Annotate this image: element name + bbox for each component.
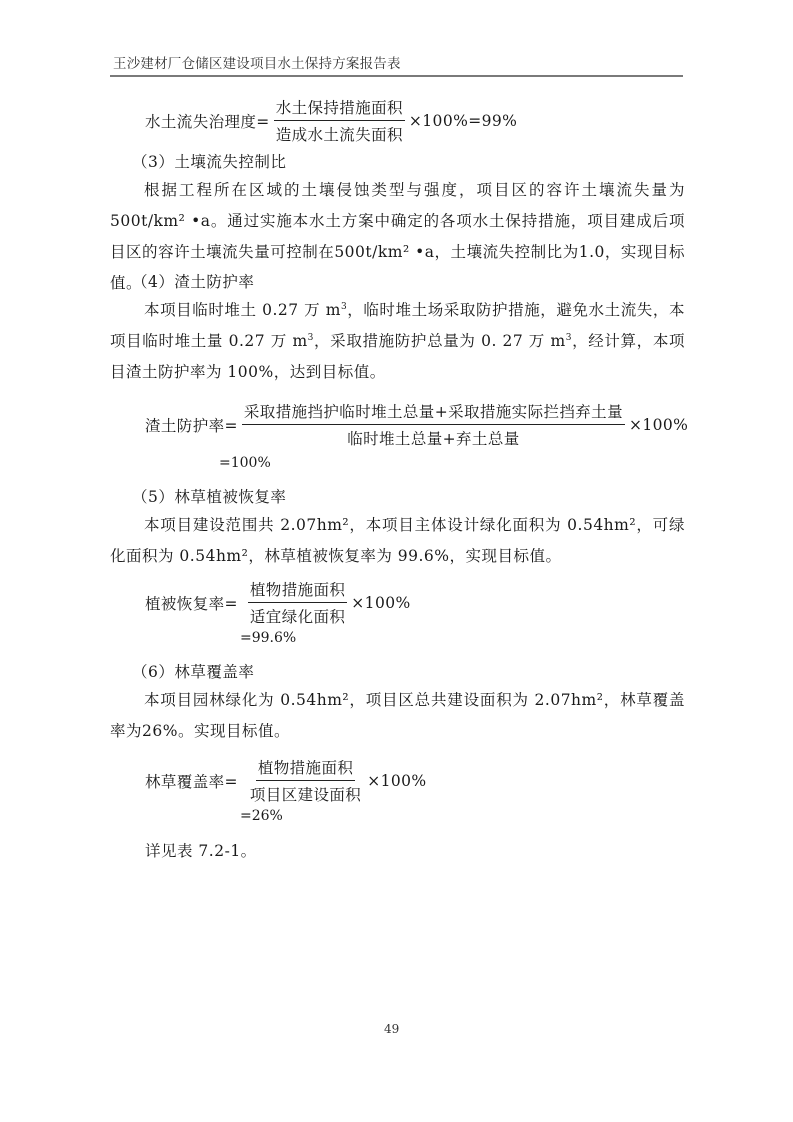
formula-label: 渣土防护率= [145,414,238,436]
formula-label: 林草覆盖率= [145,770,238,792]
fraction-denominator: 临时堆土总量+弃土总量 [345,425,521,449]
section-paragraph-5: 本项目建设范围共 2.07hm²，本项目主体设计绿化面积为 0.54hm²，可绿… [110,510,685,572]
section-heading-4: （4）渣土防护率 [132,270,254,292]
page-number: 49 [384,1022,399,1036]
formula-erosion-control: 水土流失治理度= 水土保持措施面积 造成水土流失面积 ×100%=99% [145,96,517,145]
fraction-denominator: 项目区建设面积 [248,781,363,805]
formula-label: 植被恢复率= [145,592,238,614]
formula-slag-protection: 渣土防护率= 采取措施挡护临时堆土总量+采取措施实际拦挡弃土量 临时堆土总量+弃… [145,400,688,449]
formula-result: =100% [219,455,271,471]
formula-suffix: ×100%=99% [409,112,517,130]
fraction-numerator: 植物措施面积 [248,578,347,603]
fraction-numerator: 水土保持措施面积 [274,96,405,121]
fraction-numerator: 植物措施面积 [256,756,355,781]
formula-suffix: ×100% [629,416,688,434]
formula-result: =99.6% [240,630,296,646]
section-paragraph-4: 本项目临时堆土 0.27 万 m3，临时堆土场采取防护措施，避免水土流失，本项目… [110,295,685,388]
text-run: ，采取措施防护总量为 0. 27 万 m [314,332,566,350]
section-heading-6: （6）林草覆盖率 [132,660,254,682]
section-paragraph-6: 本项目园林绿化为 0.54hm²，项目区总共建设面积为 2.07hm²，林草覆盖… [110,685,685,747]
section-heading-5: （5）林草植被恢复率 [132,485,286,507]
section-heading-3: （3）土壤流失控制比 [132,150,286,172]
formula-vegetation-coverage: 林草覆盖率= 植物措施面积 项目区建设面积 ×100% [145,756,427,805]
document-title: 王沙建材厂仓储区建设项目水土保持方案报告表 [110,52,683,72]
formula-vegetation-recovery: 植被恢复率= 植物措施面积 适宜绿化面积 ×100% [145,578,411,627]
table-reference: 详见表 7.2-1。 [145,836,545,867]
fraction: 植物措施面积 项目区建设面积 [248,756,363,805]
fraction: 水土保持措施面积 造成水土流失面积 [274,96,405,145]
formula-suffix: ×100% [351,594,410,612]
fraction-denominator: 适宜绿化面积 [248,603,347,627]
fraction: 采取措施挡护临时堆土总量+采取措施实际拦挡弃土量 临时堆土总量+弃土总量 [242,400,625,449]
fraction-denominator: 造成水土流失面积 [274,121,405,145]
fraction: 植物措施面积 适宜绿化面积 [248,578,347,627]
formula-result: =26% [240,808,283,824]
formula-suffix: ×100% [367,772,426,790]
formula-label: 水土流失治理度= [145,110,270,132]
text-run: 本项目临时堆土 0.27 万 m [144,301,341,319]
running-header: 王沙建材厂仓储区建设项目水土保持方案报告表 [110,52,683,77]
fraction-numerator: 采取措施挡护临时堆土总量+采取措施实际拦挡弃土量 [242,400,625,425]
